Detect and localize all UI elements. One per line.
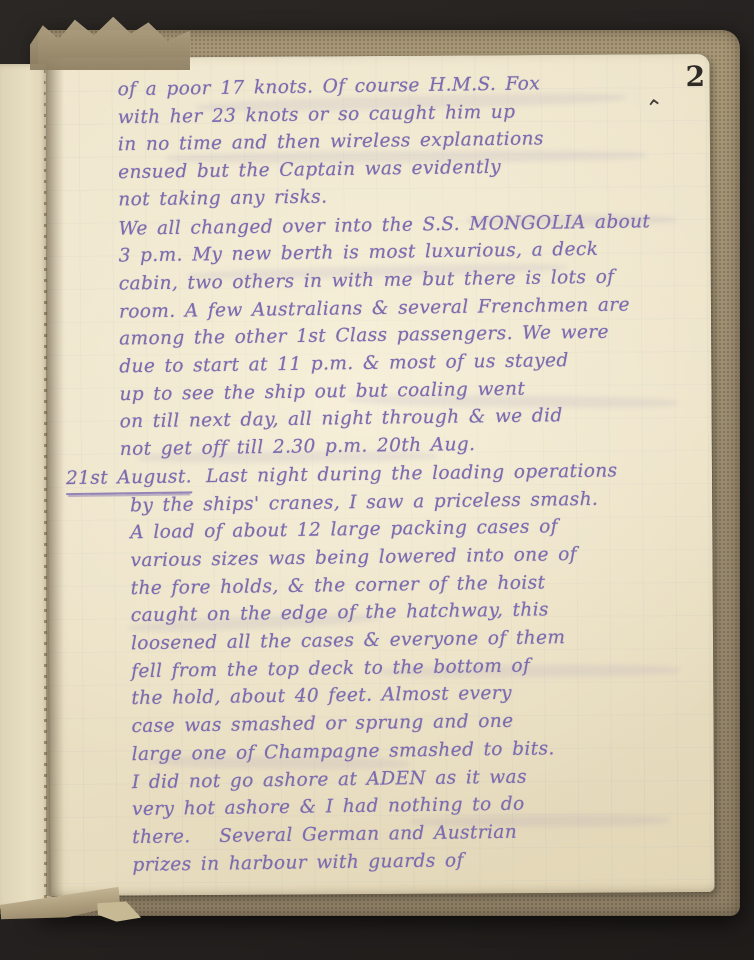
handwriting-text: prizes in harbour with guards of [132,850,464,876]
frayed-cloth-top-left [30,14,190,70]
handwriting-line: prizes in harbour with guards of [132,848,464,879]
handwriting-text: A load of about 12 large packing cases o… [130,516,558,543]
handwriting-line: there. Several German and Austrian [132,820,517,851]
handwriting-line: ensued but the Captain was evidently [118,155,501,186]
handwriting-text: of a poor 17 knots. Of course H.M.S. Fox [117,73,540,100]
handwriting-line: various sizes was being lowered into one… [130,542,577,574]
handwriting-text: Last night during the loading operations [206,460,618,487]
handwriting-line: A load of about 12 large packing cases o… [130,514,558,546]
handwriting-line: cabin, two others in with me but there i… [119,265,615,298]
page-number: 2 [685,60,705,93]
handwriting-text: there. Several German and Austrian [132,822,517,848]
handwriting-line: due to start at 11 p.m. & most of us sta… [119,348,569,380]
handwriting-line: loosened all the cases & everyone of the… [131,625,566,657]
handwriting-text: various sizes was being lowered into one… [130,544,577,571]
handwriting-text: fell from the top deck to the bottom of [131,655,530,682]
handwriting-text: up to see the ship out but coaling went [119,378,525,405]
handwriting-text: caught on the edge of the hatchway, this [131,600,549,627]
photo-backdrop: 2 ⌃ of a poor 17 knots. Of course H.M.S.… [0,0,754,960]
handwriting-line: with her 23 knots or so caught him up [118,99,516,131]
handwriting-line: large one of Champagne smashed to bits. [132,736,555,768]
insertion-caret-mark: ⌃ [644,95,666,122]
handwriting-text: 3 p.m. My new berth is most luxurious, a… [119,239,599,267]
handwriting-text: We all changed over into the S.S. MONGOL… [118,211,650,239]
handwriting-line: the hold, about 40 feet. Almost every [131,681,512,712]
diary-page: 2 ⌃ of a poor 17 knots. Of course H.M.S.… [45,54,714,896]
handwriting-text: by the ships' cranes, I saw a priceless … [130,488,598,516]
handwriting-text: the fore holds, & the corner of the hois… [131,572,546,599]
handwriting-line: fell from the top deck to the bottom of [131,653,530,685]
handwriting-text: case was smashed or sprung and one [131,711,513,737]
handwriting-line: case was smashed or sprung and one [131,709,513,740]
handwriting-text: large one of Champagne smashed to bits. [132,738,555,765]
handwriting-text: among the other 1st Class passengers. We… [119,322,609,350]
handwriting-text: loosened all the cases & everyone of the… [131,627,566,654]
handwriting-text: with her 23 knots or so caught him up [118,101,516,128]
handwriting-text: I did not go ashore at ADEN as it was [132,766,527,793]
handwriting-text: ensued but the Captain was evidently [118,157,501,183]
handwriting-text: the hold, about 40 feet. Almost every [131,683,512,709]
handwriting-text: room. A few Australians & several French… [119,294,630,322]
handwriting-text: cabin, two others in with me but there i… [119,267,615,295]
handwriting-text: not taking any risks. [118,186,327,210]
handwriting-line: not get off till 2.30 p.m. 20th Aug. [120,432,476,463]
handwriting-line: not taking any risks. [118,184,327,213]
handwriting-line: caught on the edge of the hatchway, this [131,598,549,630]
handwriting-line: on till next day, all night through & we… [120,404,563,436]
handwriting-line: I did not go ashore at ADEN as it was [132,764,527,796]
handwriting-text: on till next day, all night through & we… [120,406,563,433]
handwriting-text: very hot ashore & I had nothing to do [132,794,525,820]
handwriting-text: not get off till 2.30 p.m. 20th Aug. [120,434,476,460]
handwriting-line: up to see the ship out but coaling went [119,376,525,408]
handwriting-line: the fore holds, & the corner of the hois… [131,570,546,602]
handwriting-text: due to start at 11 p.m. & most of us sta… [119,350,569,377]
entry-date-heading: 21st August. [66,464,192,495]
handwriting-text: in no time and then wireless explanation… [118,129,544,156]
